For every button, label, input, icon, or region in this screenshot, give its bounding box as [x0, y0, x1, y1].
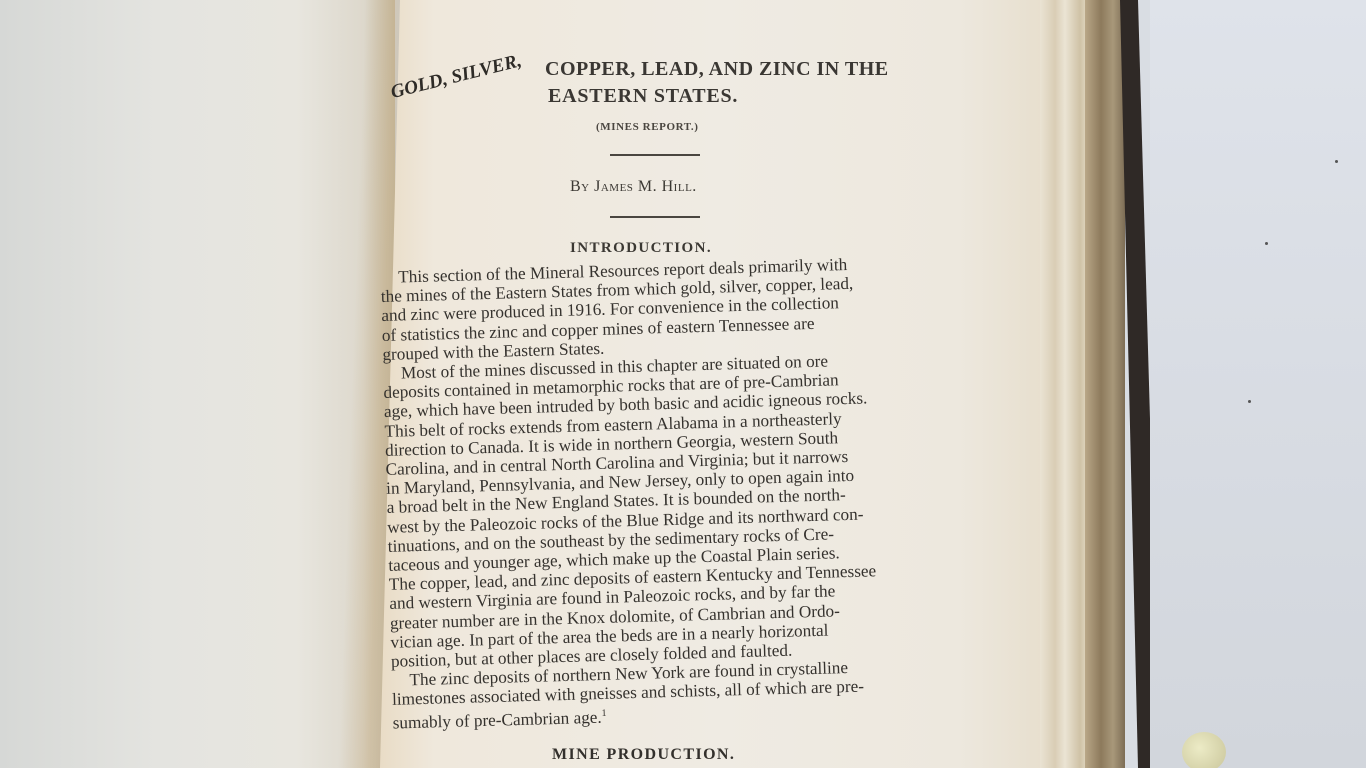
title-line-1: COPPER, LEAD, AND ZINC IN THE: [545, 58, 889, 81]
title-line-2: EASTERN STATES.: [548, 85, 738, 108]
page-stack: [1040, 0, 1090, 768]
page-edges: [1085, 0, 1125, 768]
section-heading-introduction: INTRODUCTION.: [570, 240, 712, 257]
table-surface: [1150, 0, 1366, 768]
divider: [610, 154, 700, 156]
divider: [610, 216, 700, 218]
speck: [1248, 400, 1251, 403]
paragraph-1: This section of the Mineral Resources re…: [380, 251, 974, 364]
speck: [1265, 242, 1268, 245]
left-page: [0, 0, 395, 768]
coin: [1182, 732, 1226, 768]
paragraph-2: Most of the mines discussed in this chap…: [383, 347, 983, 671]
footnote-marker: 1: [601, 708, 606, 719]
byline: By James M. Hill.: [570, 178, 697, 196]
speck: [1335, 160, 1338, 163]
subtitle: (MINES REPORT.): [596, 121, 699, 133]
body-text: This section of the Mineral Resources re…: [380, 251, 985, 732]
section-heading-mine-production: MINE PRODUCTION.: [552, 746, 735, 764]
